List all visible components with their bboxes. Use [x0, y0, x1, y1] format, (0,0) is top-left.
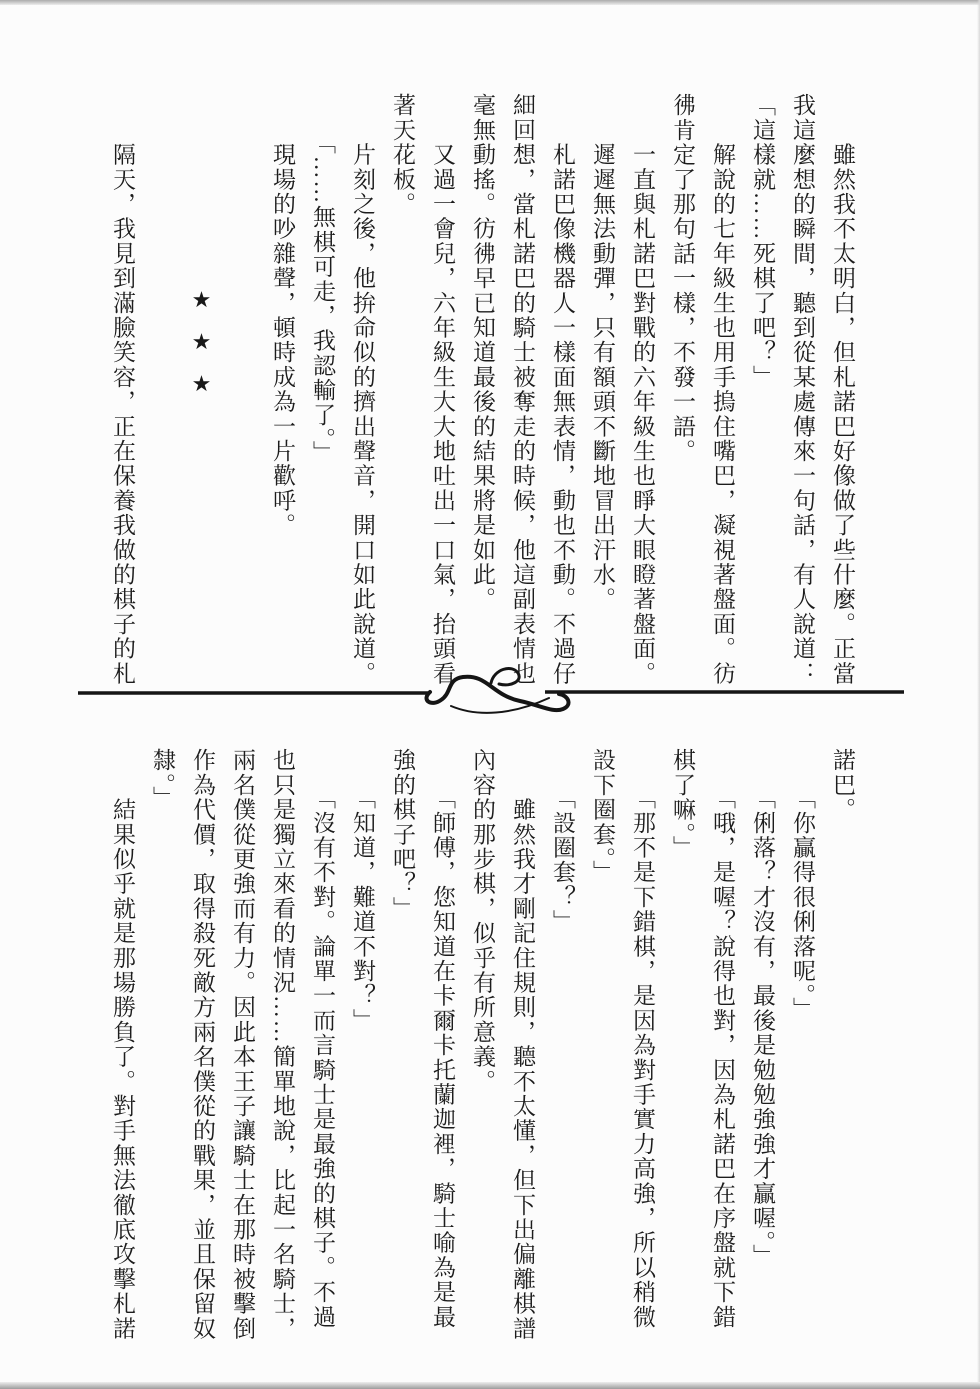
- text-column: 內容的那步棋，似乎有所意義。: [462, 748, 502, 1348]
- text-column: 「……無棋可走，我認輸了。」: [302, 93, 342, 693]
- text-column: 諾巴。: [822, 748, 862, 1348]
- flourish-divider-icon: [0, 648, 980, 738]
- text-column: 彿肯定了那句話一樣，不發一語。: [662, 93, 702, 693]
- text-column: 片刻之後，他拚命似的擠出聲音，開口如此說道。: [342, 93, 382, 693]
- blank-column: [222, 93, 262, 693]
- text-column: 現場的吵雜聲，頓時成為一片歡呼。: [262, 93, 302, 693]
- text-column: 作為代價，取得殺死敵方兩名僕從的戰果，並且保留奴: [182, 748, 222, 1348]
- text-column: 一直與札諾巴對戰的六年級生也睜大眼瞪著盤面。: [622, 93, 662, 693]
- bottom-text-section: 諾巴。 「你贏得很俐落呢。」 「俐落？才沒有，最後是勉勉強強才贏喔。」 「哦，是…: [102, 748, 862, 1348]
- text-column: 也只是獨立來看的情況……簡單地說，比起一名騎士，: [262, 748, 302, 1348]
- text-column: 「這樣就……死棋了吧？」: [742, 93, 782, 693]
- text-column: 「沒有不對。論單一而言騎士是最強的棋子。不過: [302, 748, 342, 1348]
- text-column: 棋了嘛。」: [662, 748, 702, 1348]
- blank-column: [142, 93, 182, 693]
- text-column: 毫無動搖。彷彿早已知道最後的結果將是如此。: [462, 93, 502, 693]
- book-page: 雖然我不太明白，但札諾巴好像做了些什麼。正當 我這麼想的瞬間，聽到從某處傳來一句…: [0, 0, 980, 1389]
- text-column: 設下圈套。」: [582, 748, 622, 1348]
- text-column: 兩名僕從更強而有力。因此本王子讓騎士在那時被擊倒: [222, 748, 262, 1348]
- text-column: 「那不是下錯棋，是因為對手實力高強，所以稍微: [622, 748, 662, 1348]
- text-column: 「知道，難道不對？」: [342, 748, 382, 1348]
- text-column: 札諾巴像機器人一樣面無表情，動也不動。不過仔: [542, 93, 582, 693]
- text-column: 著天花板。: [382, 93, 422, 693]
- text-column: 細回想，當札諾巴的騎士被奪走的時候，他這副表情也: [502, 93, 542, 693]
- text-column: 「俐落？才沒有，最後是勉勉強強才贏喔。」: [742, 748, 782, 1348]
- text-column: 雖然我不太明白，但札諾巴好像做了些什麼。正當: [822, 93, 862, 693]
- text-column: 隸。」: [142, 748, 182, 1348]
- text-column: 遲遲無法動彈，只有額頭不斷地冒出汗水。: [582, 93, 622, 693]
- text-column: 「師傅，您知道在卡爾卡托蘭迦裡，騎士喻為是最: [422, 748, 462, 1348]
- text-column: 解說的七年級生也用手摀住嘴巴，凝視著盤面。彷: [702, 93, 742, 693]
- text-column: 「哦，是喔？說得也對，因為札諾巴在序盤就下錯: [702, 748, 742, 1348]
- text-column: 隔天，我見到滿臉笑容，正在保養我做的棋子的札: [102, 93, 142, 693]
- text-column: 又過一會兒，六年級生大大地吐出一口氣，抬頭看: [422, 93, 462, 693]
- text-column: 強的棋子吧？」: [382, 748, 422, 1348]
- section-break-stars: ★★★: [182, 93, 222, 693]
- top-text-section: 雖然我不太明白，但札諾巴好像做了些什麼。正當 我這麼想的瞬間，聽到從某處傳來一句…: [102, 93, 862, 693]
- text-column: 「你贏得很俐落呢。」: [782, 748, 822, 1348]
- text-column: 我這麼想的瞬間，聽到從某處傳來一句話，有人說道：: [782, 93, 822, 693]
- text-column: 「設圈套？」: [542, 748, 582, 1348]
- text-column: 結果似乎就是那場勝負了。對手無法徹底攻擊札諾: [102, 748, 142, 1348]
- text-column: 雖然我才剛記住規則，聽不太懂，但下出偏離棋譜: [502, 748, 542, 1348]
- scan-edge-top: [0, 0, 980, 5]
- scan-edge-bottom: [0, 1382, 980, 1389]
